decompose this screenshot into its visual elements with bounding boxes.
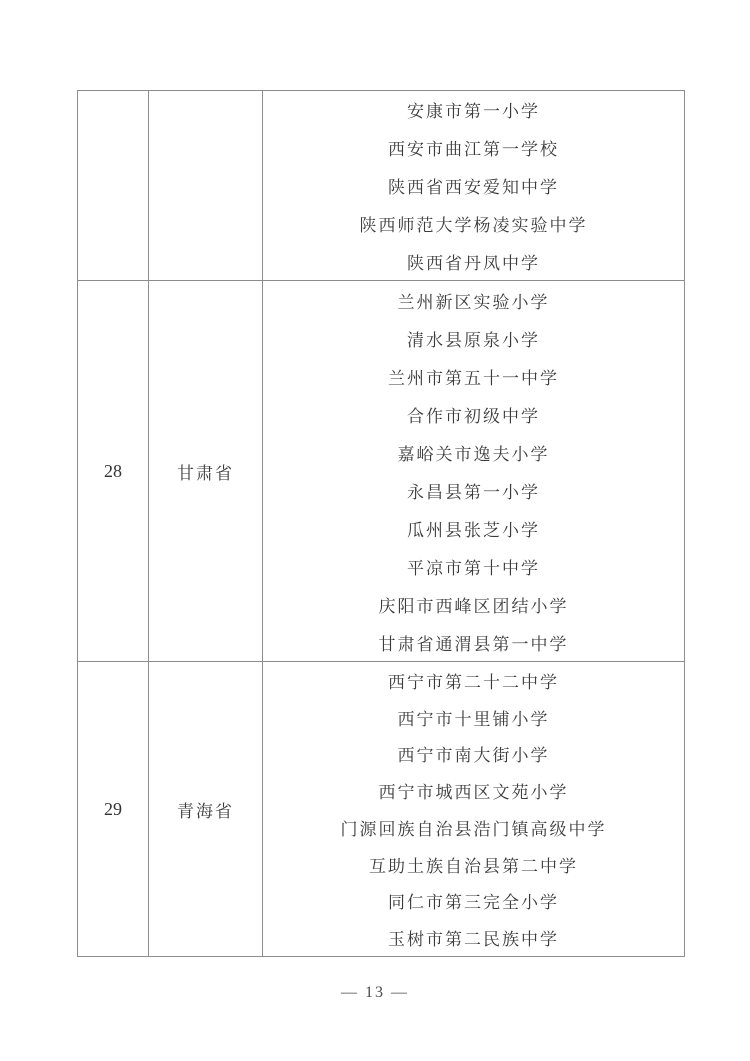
school-name: 西宁市南大街小学 xyxy=(263,736,684,773)
school-name: 西宁市十里铺小学 xyxy=(263,699,684,736)
school-name: 庆阳市西峰区团结小学 xyxy=(263,585,684,623)
cell-row-number: 29 xyxy=(78,662,149,956)
school-name: 兰州市第五十一中学 xyxy=(263,357,684,395)
school-name: 兰州新区实验小学 xyxy=(263,281,684,319)
cell-row-number: 28 xyxy=(78,281,149,661)
cell-schools: 兰州新区实验小学 清水县原泉小学 兰州市第五十一中学 合作市初级中学 嘉峪关市逸… xyxy=(263,281,684,661)
school-name: 陕西省西安爱知中学 xyxy=(263,167,684,205)
school-name: 玉树市第二民族中学 xyxy=(263,919,684,956)
school-name: 瓜州县张芝小学 xyxy=(263,509,684,547)
school-list-table: 安康市第一小学 西安市曲江第一学校 陕西省西安爱知中学 陕西师范大学杨凌实验中学… xyxy=(77,90,685,957)
school-name: 平凉市第十中学 xyxy=(263,547,684,585)
school-name: 清水县原泉小学 xyxy=(263,319,684,357)
table-row-continuation: 安康市第一小学 西安市曲江第一学校 陕西省西安爱知中学 陕西师范大学杨凌实验中学… xyxy=(78,91,684,280)
table-row-28: 28 甘肃省 兰州新区实验小学 清水县原泉小学 兰州市第五十一中学 合作市初级中… xyxy=(78,280,684,661)
document-page: { "page": { "footer": "— 13 —" }, "table… xyxy=(0,0,750,1061)
row-number: 28 xyxy=(104,461,122,482)
cell-province: 青海省 xyxy=(149,662,263,956)
table-row-29: 29 青海省 西宁市第二十二中学 西宁市十里铺小学 西宁市南大街小学 西宁市城西… xyxy=(78,661,684,956)
school-name: 西安市曲江第一学校 xyxy=(263,129,684,167)
school-name: 陕西师范大学杨凌实验中学 xyxy=(263,204,684,242)
school-name: 甘肃省通渭县第一中学 xyxy=(263,623,684,661)
school-name: 门源回族自治县浩门镇高级中学 xyxy=(263,809,684,846)
school-name: 安康市第一小学 xyxy=(263,91,684,129)
cell-row-number xyxy=(78,91,149,280)
school-name: 同仁市第三完全小学 xyxy=(263,883,684,920)
row-number: 29 xyxy=(104,799,122,820)
school-name: 合作市初级中学 xyxy=(263,395,684,433)
cell-schools: 西宁市第二十二中学 西宁市十里铺小学 西宁市南大街小学 西宁市城西区文苑小学 门… xyxy=(263,662,684,956)
school-name: 陕西省丹凤中学 xyxy=(263,242,684,280)
province-name: 甘肃省 xyxy=(177,459,234,484)
cell-province: 甘肃省 xyxy=(149,281,263,661)
school-name: 嘉峪关市逸夫小学 xyxy=(263,433,684,471)
school-name: 互助土族自治县第二中学 xyxy=(263,846,684,883)
province-name: 青海省 xyxy=(177,797,234,822)
cell-province xyxy=(149,91,263,280)
school-name: 西宁市城西区文苑小学 xyxy=(263,772,684,809)
school-name: 永昌县第一小学 xyxy=(263,471,684,509)
school-name: 西宁市第二十二中学 xyxy=(263,662,684,699)
page-number-text: — 13 — xyxy=(341,984,409,1001)
cell-schools: 安康市第一小学 西安市曲江第一学校 陕西省西安爱知中学 陕西师范大学杨凌实验中学… xyxy=(263,91,684,280)
page-number: — 13 — xyxy=(0,984,750,1002)
